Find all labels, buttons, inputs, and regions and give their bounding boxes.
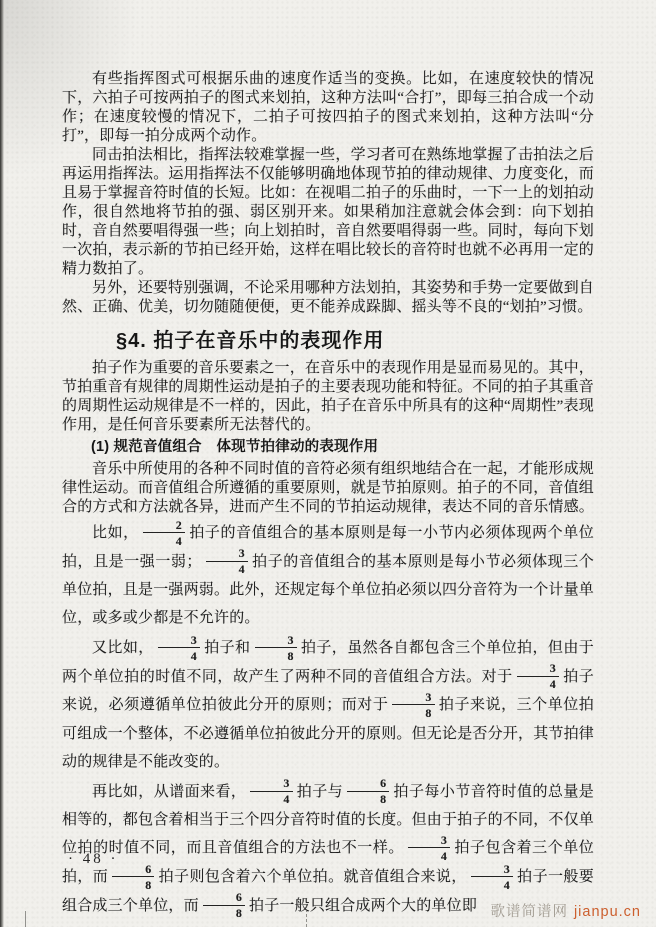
watermark-site-url: jianpu.cn	[574, 904, 641, 920]
time-signature-fraction: 38	[392, 691, 434, 719]
paragraph: 再比如，从谱面来看，34拍子与68拍子每小节音符时值的总量是相等的，都包含着相当…	[62, 778, 594, 920]
watermark-site-name: 歌谱简谱网	[490, 904, 568, 920]
time-signature-fraction: 34	[206, 547, 248, 575]
registration-mark-center	[306, 904, 307, 927]
scanned-page: 有些指挥图式可根据乐曲的速度作适当的变换。比如，在速度较快的情况下，六拍子可按两…	[0, 0, 656, 927]
time-signature-fraction: 24	[143, 519, 185, 547]
time-signature-fraction: 34	[408, 834, 450, 862]
watermark: 歌谱简谱网jianpu.cn	[490, 900, 641, 921]
paragraph: 拍子作为重要的音乐要素之一，在音乐中的表现作用是显而易见的。其中，节拍重音有规律…	[62, 359, 594, 435]
time-signature-fraction: 34	[471, 863, 513, 891]
subsection-heading: (1) 规范音值组合 体现节拍律动的表现作用	[62, 438, 594, 457]
time-signature-fraction: 68	[347, 777, 389, 805]
time-signature-fraction: 68	[203, 891, 245, 919]
scan-edge-shadow	[0, 0, 4, 927]
time-signature-fraction: 68	[112, 863, 154, 891]
page-text-body: 有些指挥图式可根据乐曲的速度作适当的变换。比如，在速度较快的情况下，六拍子可按两…	[62, 0, 594, 922]
paragraph: 另外，还要特别强调，不论采用哪种方法划拍，其姿势和手势一定要做到自然、正确、优美…	[62, 279, 594, 317]
paragraph: 音乐中所使用的各种不同时值的音符必须有组织地结合在一起，才能形成规律性运动。而音…	[62, 460, 594, 517]
time-signature-fraction: 34	[158, 634, 200, 662]
time-signature-fraction: 34	[517, 662, 559, 690]
section-heading: §4. 拍子在音乐中的表现作用	[116, 328, 594, 354]
paragraph: 有些指挥图式可根据乐曲的速度作适当的变换。比如，在速度较快的情况下，六拍子可按两…	[62, 70, 594, 146]
paragraph: 同击拍法相比，指挥法较难掌握一些，学习者可在熟练地掌握了击拍法之后再运用指挥法。…	[62, 146, 594, 279]
page-number: · 48 ·	[68, 851, 119, 868]
time-signature-fraction: 38	[255, 634, 297, 662]
time-signature-fraction: 34	[250, 777, 292, 805]
registration-mark-left	[25, 911, 26, 927]
paragraph: 比如，24拍子的音值组合的基本原则是每一小节内必须体现两个单位拍，且是一强一弱；…	[62, 519, 594, 632]
paragraph: 又比如，34拍子和38拍子，虽然各自都包含三个单位拍，但由于两个单位拍的时值不同…	[62, 634, 594, 776]
